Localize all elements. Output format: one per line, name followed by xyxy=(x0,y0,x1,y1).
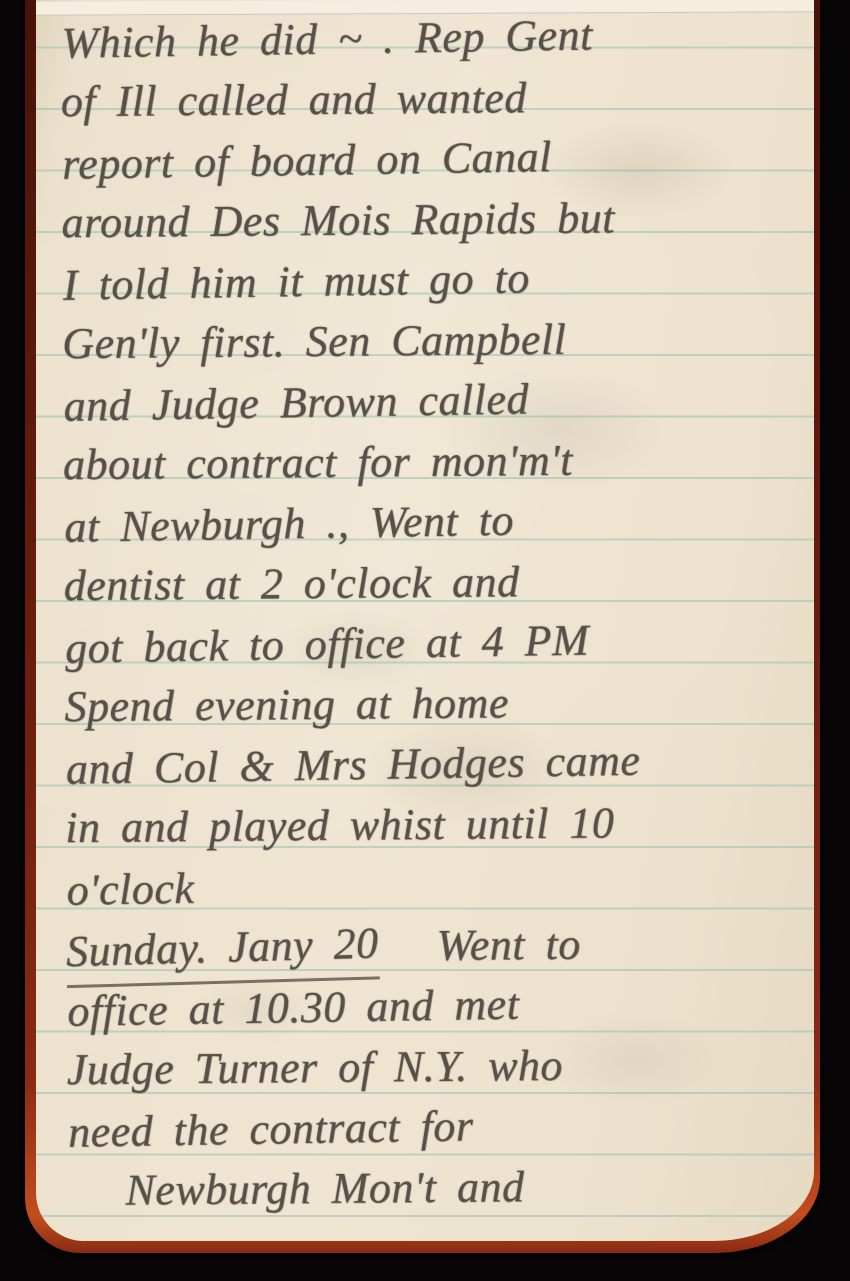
handwritten-line: office at 10.30 and met xyxy=(67,970,808,1042)
handwritten-line: Gen'ly first. Sen Campbell xyxy=(62,307,802,374)
handwritten-line: Which he did ~ . Rep Gent xyxy=(61,2,802,74)
handwritten-text: Went to xyxy=(436,919,581,969)
handwritten-line: report of board on Canal xyxy=(62,123,803,195)
handwritten-line: I told him it must go to xyxy=(62,244,803,316)
handwritten-line: o'clock xyxy=(66,849,807,921)
handwritten-line: in and played whist until 10 xyxy=(65,791,805,858)
photo-background: Which he did ~ . Rep Gent of Ill called … xyxy=(0,0,850,1281)
notebook-page: Which he did ~ . Rep Gent of Ill called … xyxy=(36,0,814,1241)
handwritten-line: Newburgh Mon't and xyxy=(67,1154,807,1221)
handwriting-block: Which he did ~ . Rep Gent of Ill called … xyxy=(36,2,814,1241)
handwritten-line: Judge Turner of N.Y. who xyxy=(66,1033,806,1100)
handwritten-line: Spend evening at home xyxy=(64,670,804,737)
handwritten-line: around Des Mois Rapids but xyxy=(61,186,801,253)
handwritten-line: about contract for mon'm't xyxy=(63,428,803,495)
handwritten-line: at Newburgh ., Went to xyxy=(64,486,805,558)
handwritten-line: and Judge Brown called xyxy=(63,365,804,437)
handwritten-line: dentist at 2 o'clock and xyxy=(64,549,804,616)
entry-date-heading: Sunday. Jany 20 xyxy=(65,913,379,987)
handwritten-line: got back to office at 4 PM xyxy=(65,607,806,679)
handwritten-line: need the contract for xyxy=(68,1091,809,1163)
handwritten-line: and Col & Mrs Hodges came xyxy=(65,728,806,800)
handwritten-line: of Ill called and wanted xyxy=(61,65,801,132)
entry-heading-line: Sunday. Jany 20Went to xyxy=(66,912,806,979)
